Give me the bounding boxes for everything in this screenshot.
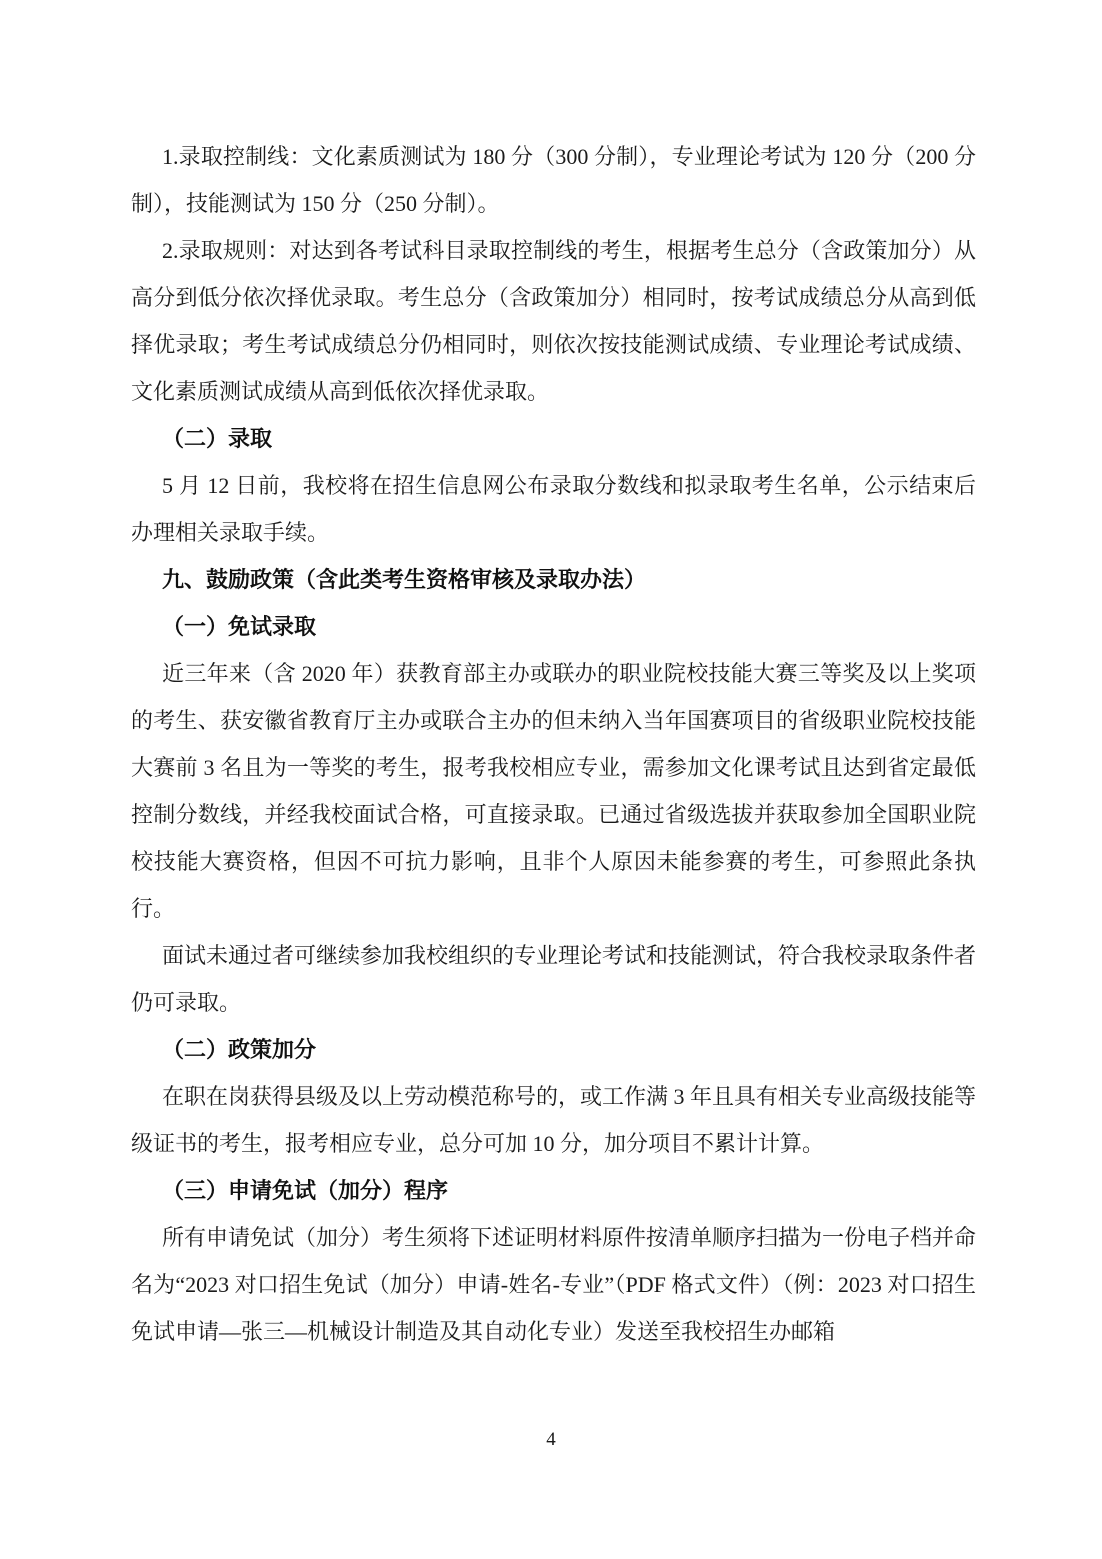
section-heading-admission: （二）录取 bbox=[131, 415, 976, 462]
paragraph-exemption-conditions: 近三年来（含 2020 年）获教育部主办或联办的职业院校技能大赛三等奖及以上奖项… bbox=[131, 650, 976, 932]
section-heading-incentive-policy: 九、鼓励政策（含此类考生资格审核及录取办法） bbox=[131, 556, 976, 603]
paragraph-admission-control-line: 1.录取控制线：文化素质测试为 180 分（300 分制），专业理论考试为 12… bbox=[131, 133, 976, 227]
paragraph-admission-announce: 5 月 12 日前，我校将在招生信息网公布录取分数线和拟录取考生名单，公示结束后… bbox=[131, 462, 976, 556]
paragraph-apply-procedure: 所有申请免试（加分）考生须将下述证明材料原件按清单顺序扫描为一份电子档并命名为“… bbox=[131, 1214, 976, 1355]
page-number: 4 bbox=[0, 1428, 1102, 1452]
section-heading-policy-bonus: （二）政策加分 bbox=[131, 1026, 976, 1073]
paragraph-interview-fail: 面试未通过者可继续参加我校组织的专业理论考试和技能测试，符合我校录取条件者仍可录… bbox=[131, 932, 976, 1026]
document-content: 1.录取控制线：文化素质测试为 180 分（300 分制），专业理论考试为 12… bbox=[131, 133, 976, 1355]
document-page: 1.录取控制线：文化素质测试为 180 分（300 分制），专业理论考试为 12… bbox=[0, 0, 1102, 1559]
section-heading-apply-procedure: （三）申请免试（加分）程序 bbox=[131, 1167, 976, 1214]
paragraph-bonus-conditions: 在职在岗获得县级及以上劳动模范称号的，或工作满 3 年且具有相关专业高级技能等级… bbox=[131, 1073, 976, 1167]
paragraph-admission-rules: 2.录取规则：对达到各考试科目录取控制线的考生，根据考生总分（含政策加分）从高分… bbox=[131, 227, 976, 415]
section-heading-exam-exemption: （一）免试录取 bbox=[131, 603, 976, 650]
